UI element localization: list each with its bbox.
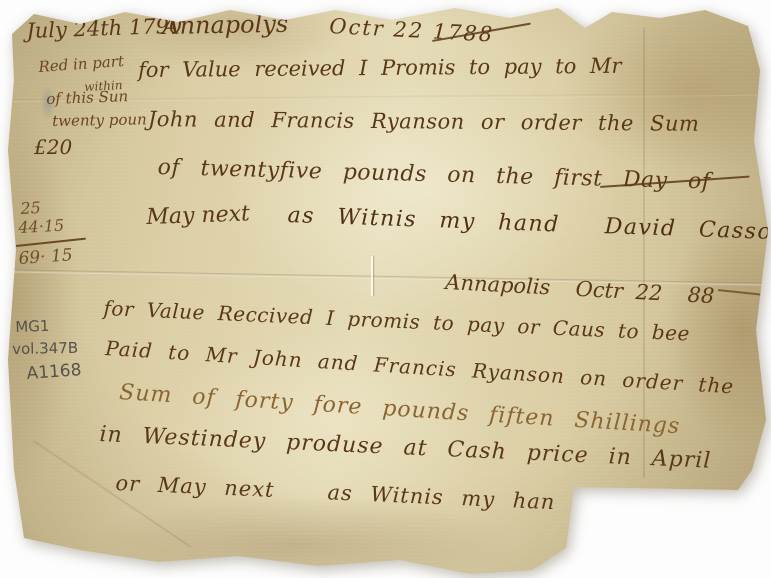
margin-note-amount: £20	[34, 136, 72, 158]
note1-body-line2: John and Francis Ryanson or order the Su…	[148, 108, 700, 136]
manuscript-paper: July 24th 1790 Annapolys Octr 22 1788 Re…	[0, 0, 771, 578]
paper-crack	[371, 256, 373, 296]
note1-place-annapolis: Annapolys	[162, 11, 288, 40]
arithmetic-total: 69· 15	[18, 246, 73, 268]
arithmetic-addend-2: 44·15	[18, 217, 65, 237]
scan-background: July 24th 1790 Annapolys Octr 22 1788 Re…	[0, 0, 771, 578]
note1-body-line1: for Value received I Promis to pay to Mr	[138, 55, 622, 82]
margin-note-of-this-sum: of this Sun	[46, 88, 128, 107]
fold-crease-vertical	[643, 28, 645, 478]
archive-mark-fonds: MG1	[15, 318, 50, 336]
paper-shadow: July 24th 1790 Annapolys Octr 22 1788 Re…	[0, 0, 771, 578]
margin-note-twenty-pound: twenty poun	[52, 111, 147, 129]
archive-mark-volume: vol.347B	[12, 340, 78, 358]
archive-mark-item: A1168	[26, 361, 82, 383]
note1-body-line4: May next	[146, 202, 250, 230]
arithmetic-addend-1: 25	[20, 199, 41, 218]
